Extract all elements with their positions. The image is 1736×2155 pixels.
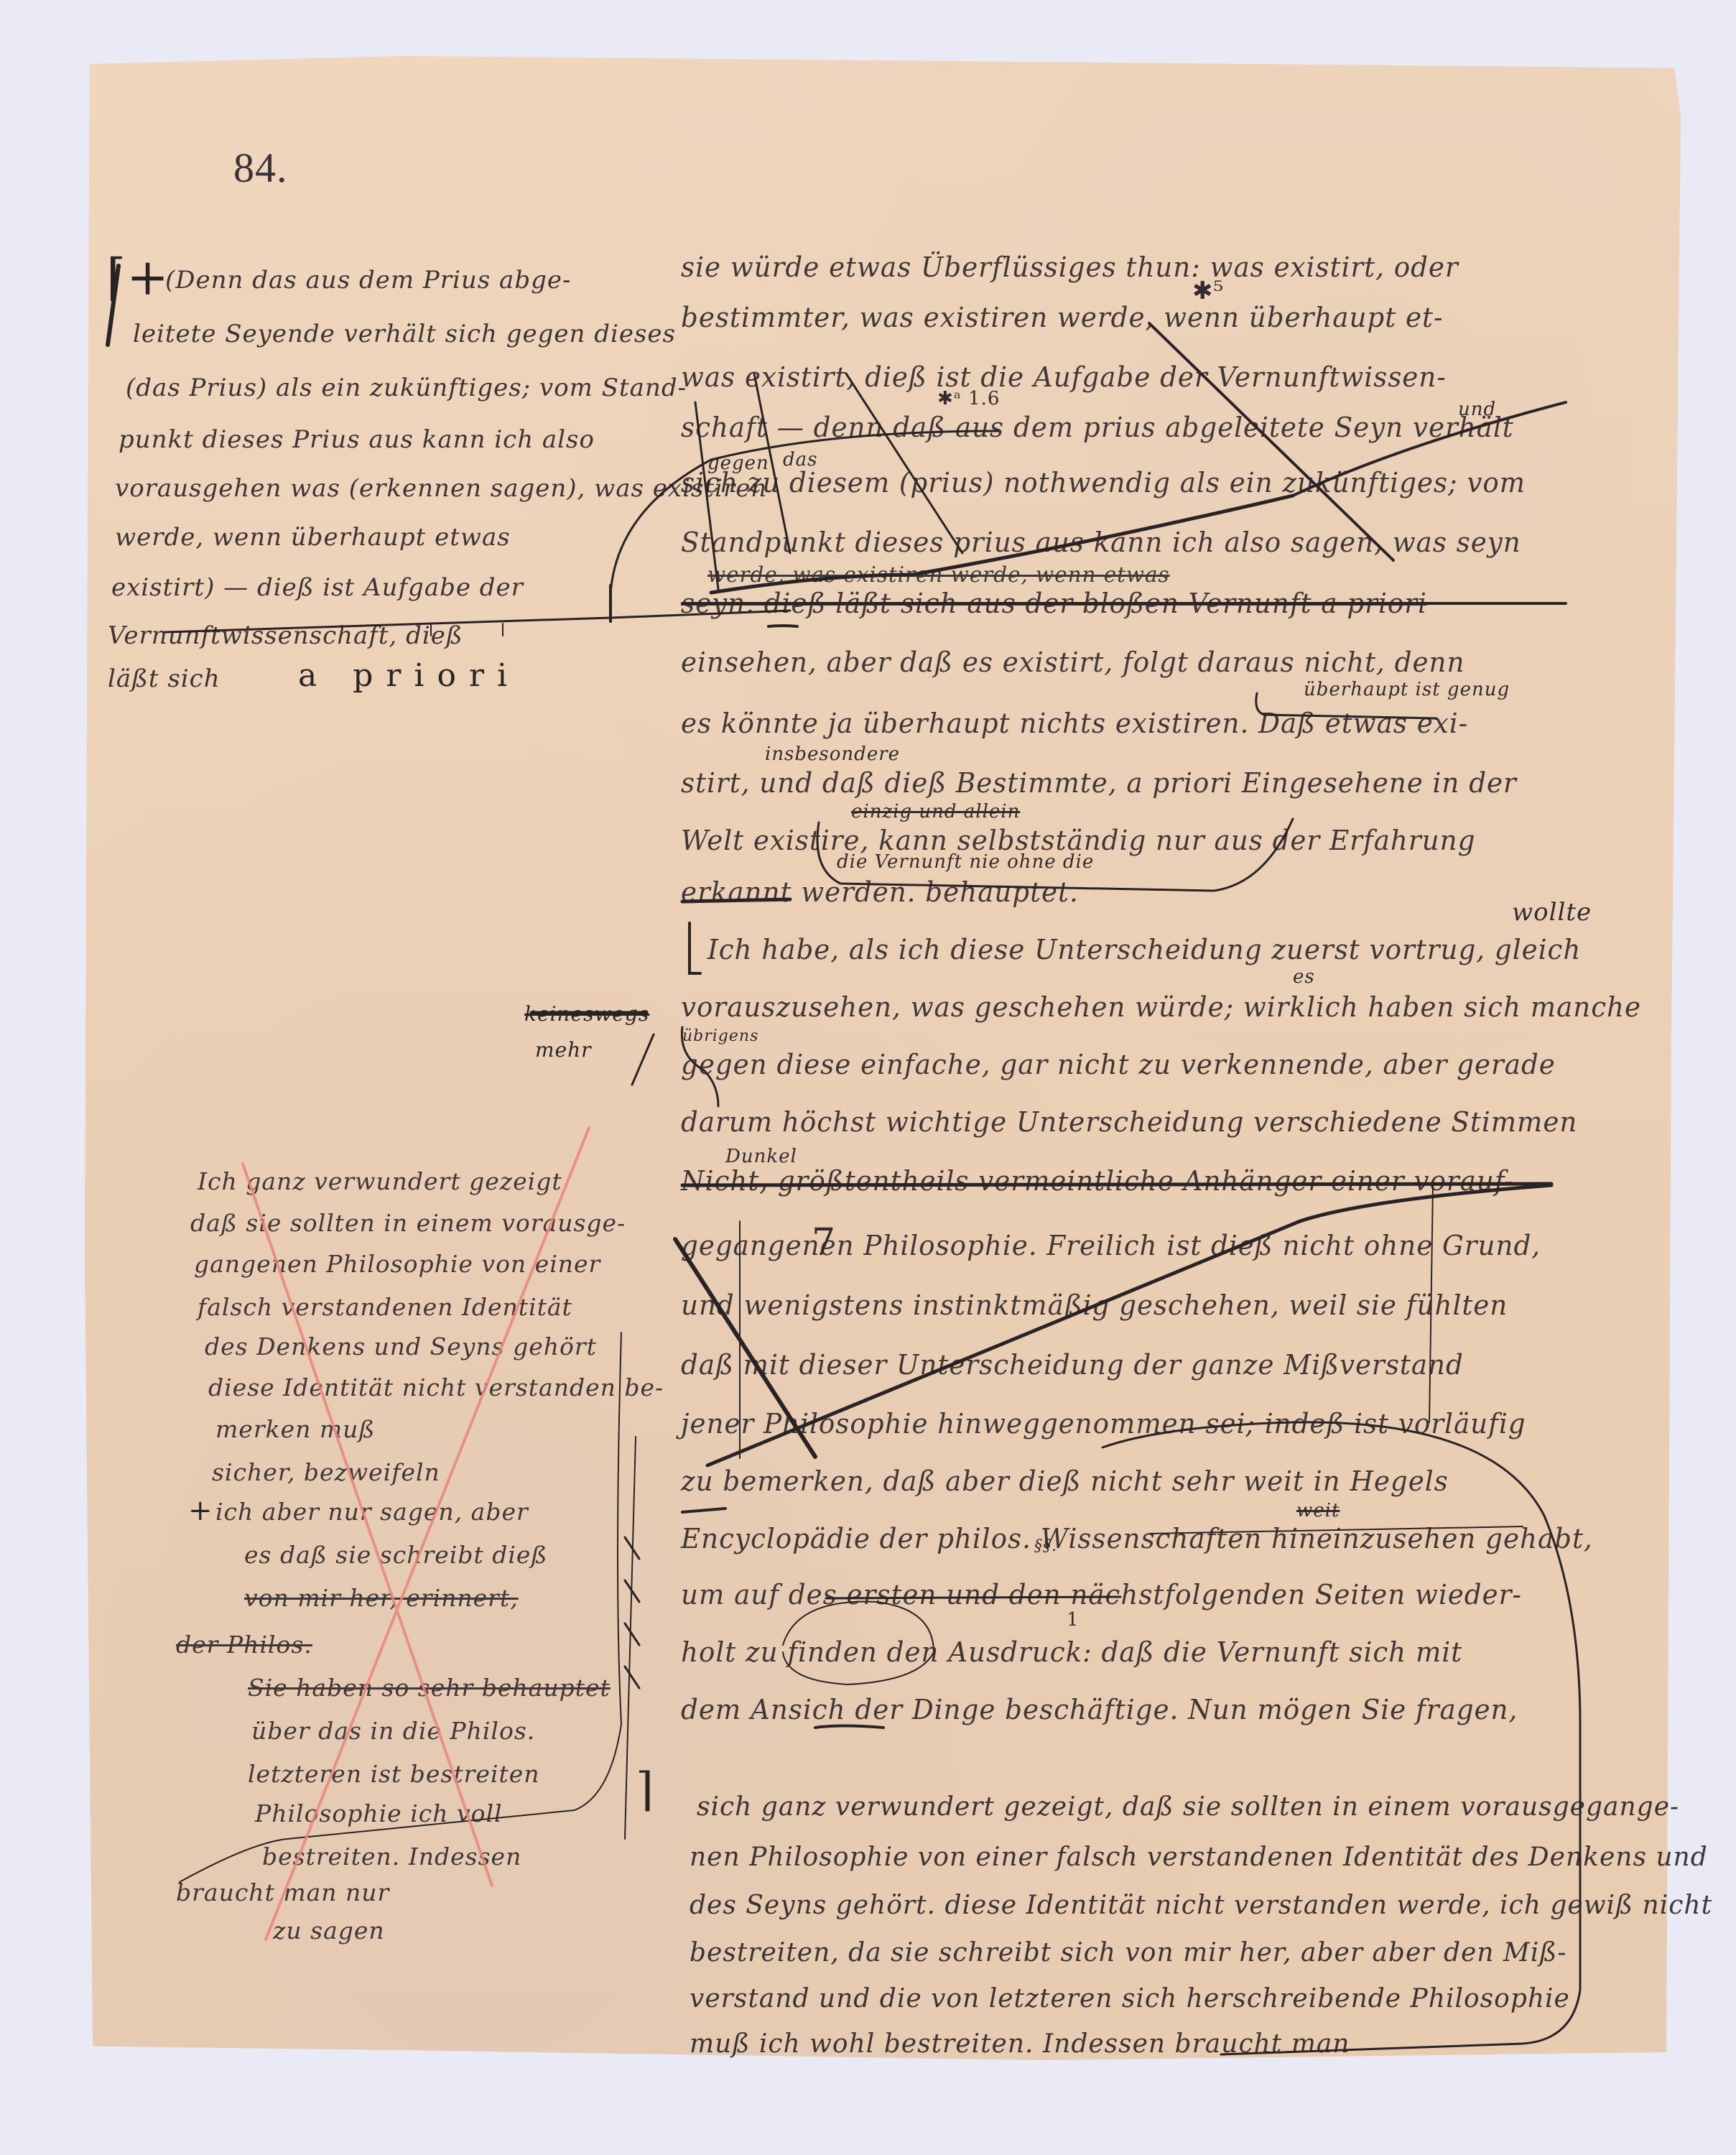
margin-line: es daß sie schreibt dieß	[244, 1541, 547, 1569]
insertion-line: des Seyns gehört. diese Identität nicht …	[690, 1891, 1712, 1920]
margin-line: (Denn das aus dem Prius abge-	[165, 266, 571, 295]
margin-line: diese Identität nicht verstanden be-	[208, 1373, 664, 1401]
replacement-word: mehr	[535, 1038, 592, 1062]
text-line: jener Philosophie hinweggenommen sei; in…	[681, 1408, 1526, 1440]
text-line: vorauszusehen, was geschehen würde; wirk…	[681, 991, 1641, 1023]
text-line: schaft — denn daß aus dem prius abgeleit…	[681, 412, 1514, 443]
text-line: erkannt werden. behauptet.	[681, 876, 1079, 908]
text-line: um auf des ersten und den nächstfolgende…	[681, 1579, 1522, 1611]
text-line: gegen diese einfache, gar nicht zu verke…	[681, 1049, 1556, 1080]
margin-line: der Philos.	[176, 1631, 312, 1659]
insertion-mark: ✱⁵	[1192, 277, 1224, 305]
text-line: bestimmter, was existiren werde, wenn üb…	[681, 302, 1444, 333]
insertion-word: §§.	[1034, 1537, 1057, 1555]
a-priori-phrase: a priori	[298, 657, 520, 694]
insertion-word: es	[1293, 966, 1315, 988]
margin-line: leitete Seyende verhält sich gegen diese…	[133, 320, 676, 348]
text-line: holt zu finden den Ausdruck: daß die Ver…	[681, 1636, 1462, 1668]
margin-line: Sie haben so sehr behauptet	[248, 1674, 611, 1702]
insertion-line: bestreiten, da sie schreibt sich von mir…	[690, 1938, 1567, 1968]
insertion-mark: 7	[812, 1221, 836, 1264]
margin-line: über das in die Philos.	[251, 1717, 535, 1745]
margin-line: (das Prius) als ein zukünftiges; vom Sta…	[126, 374, 687, 402]
insertion-word: überhaupt ist genug	[1304, 679, 1510, 700]
text-line: Ich habe, als ich diese Unterscheidung z…	[707, 934, 1581, 965]
struck-text-line: werde, was existiren werde, wenn etwas	[707, 562, 1170, 588]
insertion-word: die Vernunft nie ohne die	[837, 851, 1094, 873]
side-marker-icon: +	[188, 1494, 213, 1527]
margin-line: existirt) — dieß ist Aufgabe der	[111, 573, 524, 602]
margin-line: punkt dieses Prius aus kann ich also	[119, 425, 595, 454]
insertion-line: verstand und die von letzteren sich hers…	[690, 1984, 1570, 2013]
insertion-word: gegen	[707, 453, 769, 474]
text-line: darum höchst wichtige Unterscheidung ver…	[681, 1106, 1577, 1138]
text-line: dem Ansich der Dinge beschäftige. Nun mö…	[681, 1694, 1518, 1725]
insertion-word: das	[783, 449, 818, 471]
margin-line: werde, wenn überhaupt etwas	[115, 523, 511, 552]
margin-line: falsch verstandenen Identität	[198, 1293, 572, 1321]
insertion-mark: ✱ᵃ 1.6	[937, 388, 1000, 409]
margin-line: läßt sich	[108, 664, 221, 693]
margin-line: vorausgehen was (erkennen sagen), was ex…	[115, 474, 767, 503]
margin-line: letzteren ist bestreiten	[248, 1760, 540, 1788]
insertion-line: nen Philosophie von einer falsch verstan…	[690, 1843, 1708, 1872]
margin-line: sicher, bezweifeln	[212, 1458, 440, 1486]
margin-line: Philosophie ich voll	[255, 1799, 503, 1827]
text-line: sich zu diesem (prius) nothwendig als ei…	[681, 467, 1526, 499]
margin-line: daß sie sollten in einem vorausge-	[190, 1209, 626, 1237]
text-line: und wenigstens instinktmäßig geschehen, …	[681, 1289, 1508, 1321]
insertion-word: einzig und allein	[851, 801, 1020, 822]
struck-word: keineswegs	[524, 1002, 649, 1026]
insertion-word: übrigens	[682, 1027, 758, 1045]
margin-line: gangenen Philosophie von einer	[194, 1250, 600, 1278]
margin-line: von mir her, erinnert,	[244, 1584, 519, 1612]
insertion-word: wollte	[1512, 898, 1592, 927]
text-line: was existirt, dieß ist die Aufgabe der V…	[681, 361, 1447, 393]
text-line: Encyclopädie der philos. Wissenschaften …	[681, 1523, 1593, 1554]
margin-line: braucht man nur	[176, 1878, 389, 1906]
text-line: Nicht, größtentheils vermeintliche Anhän…	[681, 1165, 1514, 1197]
text-line: es könnte ja überhaupt nichts existiren.…	[681, 708, 1468, 739]
text-line: gegangenen Philosophie. Freilich ist die…	[681, 1230, 1541, 1261]
insertion-word: insbesondere	[765, 743, 900, 765]
insertion-word: Dunkel	[725, 1146, 797, 1167]
margin-line: Ich ganz verwundert gezeigt	[198, 1167, 562, 1195]
insertion-word: und	[1458, 399, 1496, 420]
insertion-line: sich ganz verwundert gezeigt, daß sie so…	[697, 1792, 1679, 1822]
text-line: zu bemerken, daß aber dieß nicht sehr we…	[681, 1465, 1449, 1497]
text-line: sie würde etwas Überflüssiges thun: was …	[681, 251, 1459, 283]
margin-line: merken muß	[215, 1415, 375, 1443]
margin-line: Vernunftwissenschaft, dieß	[108, 621, 463, 650]
insertion-line: muß ich wohl bestreiten. Indessen brauch…	[690, 2029, 1350, 2059]
insertion-mark: 1	[1067, 1609, 1080, 1631]
margin-line: ich aber nur sagen, aber	[215, 1498, 529, 1526]
struck-text-line: seyn. dieß läßt sich aus der bloßen Vern…	[681, 588, 1427, 619]
insertion-word: weit	[1296, 1500, 1340, 1521]
insertion-marker-icon: ⌈+	[106, 248, 170, 307]
text-line: daß mit dieser Unterscheidung der ganze …	[681, 1349, 1464, 1381]
page-number: 84.	[233, 144, 288, 192]
text-line: Standpunkt dieses prius aus kann ich als…	[681, 527, 1521, 558]
margin-line: zu sagen	[273, 1917, 385, 1945]
margin-line: bestreiten. Indessen	[262, 1843, 521, 1871]
insertion-marker-icon: ⌉	[636, 1764, 654, 1817]
text-line: stirt, und daß dieß Bestimmte, a priori …	[681, 767, 1517, 799]
text-line: einsehen, aber daß es existirt, folgt da…	[681, 646, 1465, 678]
margin-line: des Denkens und Seyns gehört	[205, 1333, 597, 1361]
